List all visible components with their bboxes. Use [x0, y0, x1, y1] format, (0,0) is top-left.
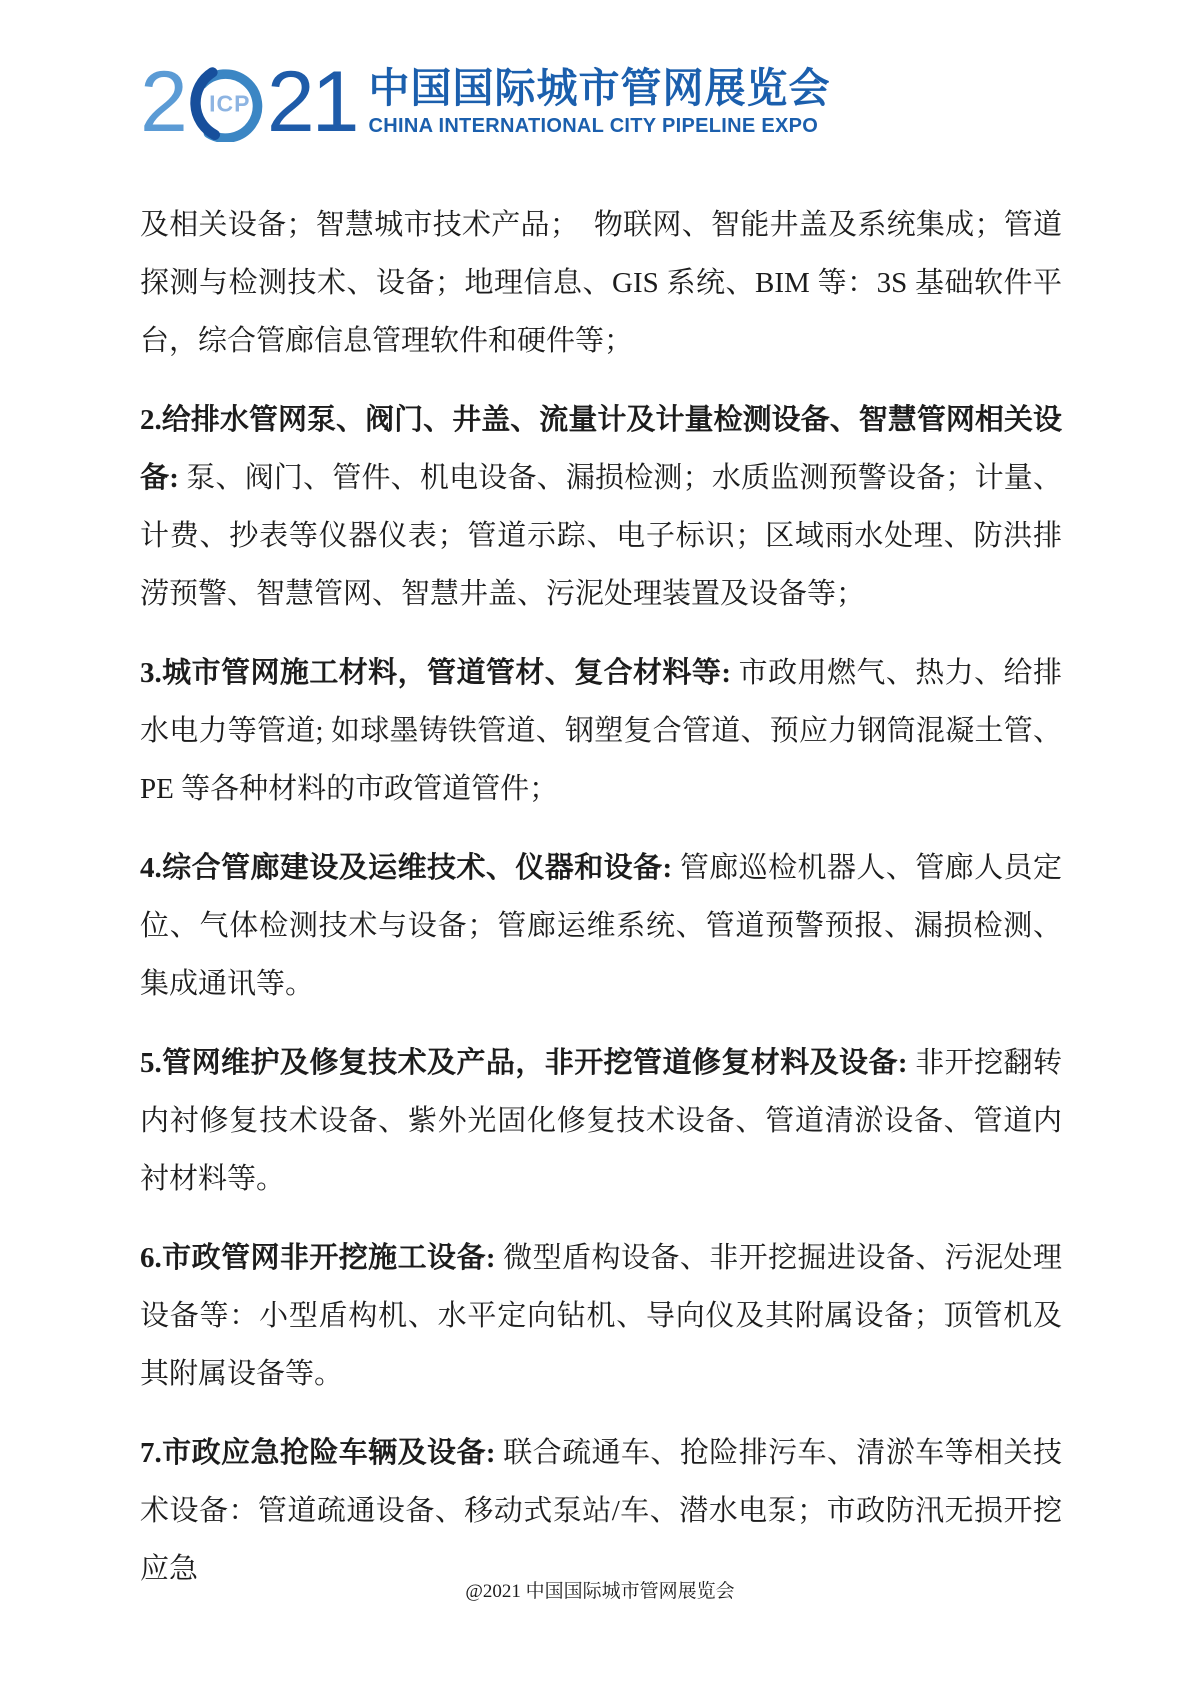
logo-digit-2: 2	[140, 59, 185, 145]
page-footer: @2021 中国国际城市管网展览会	[0, 1576, 1200, 1603]
expo-title-english: CHINA INTERNATIONAL CITY PIPELINE EXPO	[369, 115, 831, 138]
paragraph-category-3: 3.城市管网施工材料，管道管材、复合材料等: 市政用燃气、热力、给排水电力等管道…	[140, 644, 1062, 818]
logo-digit-21: 21	[267, 59, 357, 145]
paragraph-lead: 5.管网维护及修复技术及产品，非开挖管道修复材料及设备:	[140, 1047, 908, 1079]
expo-logo: 2 ICP 21 中国国际城市管网展览会 CHINA INTERNATIONAL…	[140, 56, 1062, 148]
paragraph-lead: 7.市政应急抢险车辆及设备:	[140, 1437, 496, 1469]
paragraph-lead: 3.城市管网施工材料，管道管材、复合材料等:	[140, 657, 731, 689]
paragraph-continuation: 及相关设备；智慧城市技术产品； 物联网、智能井盖及系统集成；管道探测与检测技术、…	[140, 196, 1062, 370]
paragraph-lead: 6.市政管网非开挖施工设备:	[140, 1242, 496, 1274]
paragraph-category-4: 4.综合管廊建设及运维技术、仪器和设备: 管廊巡检机器人、管廊人员定位、气体检测…	[140, 839, 1062, 1013]
paragraph-body: 泵、阀门、管件、机电设备、漏损检测；水质监测预警设备；计量、计费、抄表等仪器仪表…	[140, 462, 1062, 610]
expo-titles: 中国国际城市管网展览会 CHINA INTERNATIONAL CITY PIP…	[369, 66, 831, 138]
logo-year-2021: 2 ICP 21	[140, 59, 357, 145]
paragraph-category-2: 2.给排水管网泵、阀门、井盖、流量计及计量检测设备、智慧管网相关设备: 泵、阀门…	[140, 391, 1062, 623]
paragraph-lead: 4.综合管廊建设及运维技术、仪器和设备:	[140, 852, 672, 884]
paragraph-category-5: 5.管网维护及修复技术及产品，非开挖管道修复材料及设备: 非开挖翻转内衬修复技术…	[140, 1034, 1062, 1208]
paragraph-category-6: 6.市政管网非开挖施工设备: 微型盾构设备、非开挖掘进设备、污泥处理设备等：小型…	[140, 1229, 1062, 1403]
icp-label: ICP	[209, 92, 250, 115]
document-page: 2 ICP 21 中国国际城市管网展览会 CHINA INTERNATIONAL…	[0, 0, 1200, 1697]
footer-copyright: @2021 中国国际城市管网展览会	[465, 1581, 734, 1602]
paragraph-body: 及相关设备；智慧城市技术产品； 物联网、智能井盖及系统集成；管道探测与检测技术、…	[140, 209, 1062, 357]
globe-swirl-icon: ICP	[186, 62, 266, 142]
exhibit-categories-list: 及相关设备；智慧城市技术产品； 物联网、智能井盖及系统集成；管道探测与检测技术、…	[140, 196, 1062, 1598]
paragraph-category-7: 7.市政应急抢险车辆及设备: 联合疏通车、抢险排污车、清淤车等相关技术设备：管道…	[140, 1424, 1062, 1598]
expo-title-chinese: 中国国际城市管网展览会	[369, 66, 831, 112]
